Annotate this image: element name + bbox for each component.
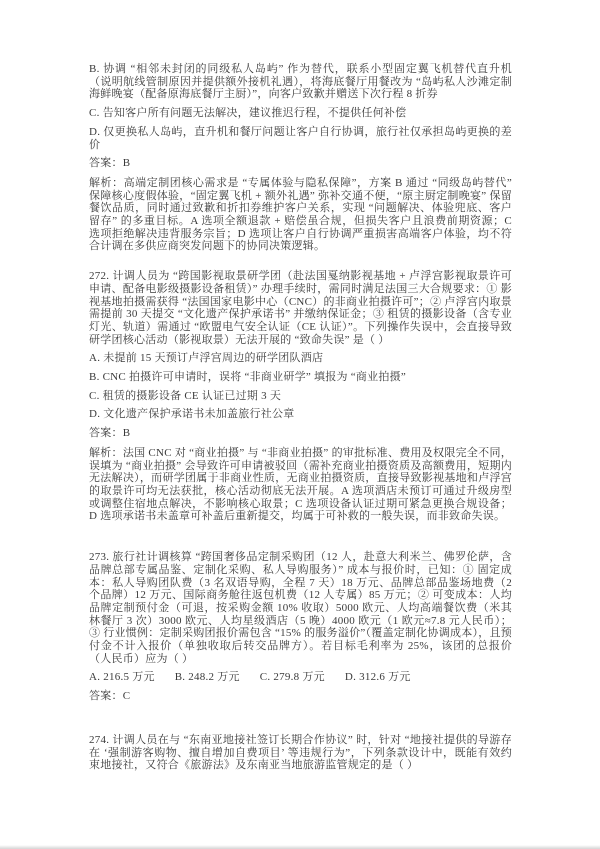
q272-option-d: D. 文化遗产保护承诺书未加盖旅行社公章 xyxy=(89,408,512,421)
document-page: B. 协调 “相邻未封闭的同级私人岛屿” 作为替代，联系小型固定翼飞机替代直升机… xyxy=(0,0,600,849)
q273-option-a: A. 216.5 万元 xyxy=(89,671,155,684)
q273-option-c: C. 279.8 万元 xyxy=(260,671,325,684)
q272-answer: 答案：B xyxy=(89,427,512,440)
page-content: B. 协调 “相邻未封闭的同级私人岛屿” 作为替代，联系小型固定翼飞机替代直升机… xyxy=(0,0,600,772)
q273-options-row: A. 216.5 万元 B. 248.2 万元 C. 279.8 万元 D. 3… xyxy=(89,671,512,684)
q272-analysis: 解析：法国 CNC 对 “商业拍摄” 与 “非商业拍摄” 的审批标准、费用及权限… xyxy=(89,447,512,523)
q272-option-b: B. CNC 拍摄许可申请时，误将 “非商业研学” 填报为 “商业拍摄” xyxy=(89,371,512,384)
q271-option-d: D. 仅更换私人岛屿，直升机和餐厅问题让客户自行协调，旅行社仅承担岛屿更换的差价 xyxy=(89,126,512,151)
q272-option-a: A. 未提前 15 天预订卢浮宫周边的研学团队酒店 xyxy=(89,352,512,365)
q272-stem: 272. 计调人员为 “跨国影视取景研学团（赴法国戛纳影视基地 + 卢浮宫影视取… xyxy=(89,270,512,346)
q274-stem: 274. 计调人员在与 “东南亚地接社签订长期合作协议” 时，针对 “地接社提供… xyxy=(89,734,512,772)
q273-stem: 273. 旅行社计调核算 “跨国奢侈品定制采购团（12 人，赴意大利米兰、佛罗伦… xyxy=(89,551,512,665)
q271-analysis: 解析：高端定制团核心需求是 “专属体验与隐私保障”，方案 B 通过 “同级岛屿替… xyxy=(89,177,512,253)
q273-option-b: B. 248.2 万元 xyxy=(175,671,240,684)
q271-option-c: C. 告知客户所有问题无法解决，建议推迟行程，不提供任何补偿 xyxy=(89,107,512,120)
q273-answer: 答案：C xyxy=(89,690,512,703)
q271-option-b: B. 协调 “相邻未封闭的同级私人岛屿” 作为替代，联系小型固定翼飞机替代直升机… xyxy=(89,63,512,101)
q272-option-c: C. 租赁的摄影设备 CE 认证已过期 3 天 xyxy=(89,390,512,403)
q273-option-d: D. 312.6 万元 xyxy=(345,671,411,684)
q271-answer: 答案：B xyxy=(89,157,512,170)
next-page-edge xyxy=(0,845,600,849)
